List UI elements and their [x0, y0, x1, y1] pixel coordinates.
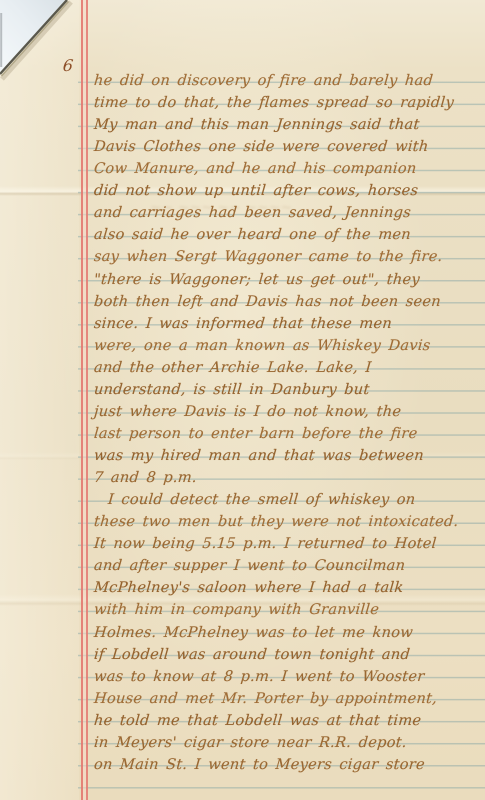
manuscript-line: and carriages had been saved, Jennings [93, 202, 412, 224]
manuscript-line: House and met Mr. Porter by appointment, [93, 688, 438, 710]
manuscript-line: both then left and Davis has not been se… [93, 291, 442, 313]
manuscript-lines: he did on discovery of fire and barely h… [0, 0, 485, 800]
manuscript-line: these two men but they were not intoxica… [93, 511, 459, 533]
manuscript-line: also said he over heard one of the men [93, 224, 412, 246]
manuscript-line: I could detect the smell of whiskey on [107, 489, 416, 511]
manuscript-line: was my hired man and that was between [93, 445, 425, 467]
manuscript-line: understand, is still in Danbury but [93, 379, 371, 401]
scanned-manuscript-page: { "page": { "page_number": "6", "colors"… [0, 0, 485, 800]
manuscript-line: in Meyers' cigar store near R.R. depot. [93, 732, 408, 754]
manuscript-line: "there is Waggoner; let us get out", the… [93, 269, 421, 291]
manuscript-line: McPhelney's saloon where I had a talk [93, 577, 404, 599]
manuscript-line: were, one a man known as Whiskey Davis [93, 335, 431, 357]
manuscript-line: and the other Archie Lake. Lake, I [93, 357, 372, 379]
manuscript-line: 7 and 8 p.m. [93, 467, 198, 489]
manuscript-line: time to do that, the flames spread so ra… [93, 92, 455, 114]
manuscript-line: with him in company with Granville [93, 599, 380, 621]
manuscript-line: Holmes. McPhelney was to let me know [93, 622, 414, 644]
manuscript-line: Davis Clothes one side were covered with [93, 136, 429, 158]
manuscript-line: was to know at 8 p.m. I went to Wooster [93, 666, 425, 688]
manuscript-line: on Main St. I went to Meyers cigar store [93, 754, 426, 776]
manuscript-line: just where Davis is I do not know, the [93, 401, 402, 423]
manuscript-line: since. I was informed that these men [93, 313, 393, 335]
manuscript-line: if Lobdell was around town tonight and [93, 644, 411, 666]
manuscript-line: he told me that Lobdell was at that time [93, 710, 422, 732]
manuscript-line: and after supper I went to Councilman [93, 555, 406, 577]
manuscript-line: say when Sergt Waggoner came to the fire… [93, 246, 443, 268]
manuscript-line: Cow Manure, and he and his companion [93, 158, 417, 180]
manuscript-line: he did on discovery of fire and barely h… [93, 70, 434, 92]
manuscript-line: It now being 5.15 p.m. I returned to Hot… [93, 533, 438, 555]
manuscript-line: last person to enter barn before the fir… [93, 423, 418, 445]
manuscript-line: did not show up until after cows, horses [93, 180, 419, 202]
manuscript-line: My man and this man Jennings said that [93, 114, 421, 136]
